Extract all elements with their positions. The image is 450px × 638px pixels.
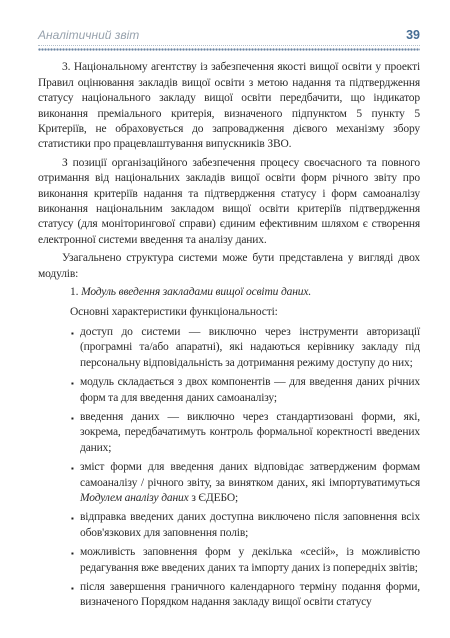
text-segment: зміст форми для введення даних відповіда… bbox=[80, 461, 420, 488]
italic-text-segment: Модуль введення закладами вищої освіти д… bbox=[81, 286, 311, 298]
text-segment: відправка введених даних доступна виключ… bbox=[80, 511, 420, 538]
document-page: Аналітичний звіт 39 3. Національному аге… bbox=[0, 0, 450, 638]
bullet-text: можливість заповнення форм у декілька «с… bbox=[80, 546, 420, 573]
bullet-square-icon: ▪ bbox=[71, 461, 74, 476]
bullet-square-icon: ▪ bbox=[71, 326, 74, 341]
bullet-text: доступ до системи — виключно через інстр… bbox=[80, 326, 420, 369]
bullet-list-item: ▪введення даних — виключно через стандар… bbox=[38, 410, 420, 456]
running-header-title: Аналітичний звіт bbox=[38, 28, 139, 43]
text-segment: можливість заповнення форм у декілька «с… bbox=[80, 546, 420, 573]
text-segment: Основні характеристики функціональності: bbox=[70, 306, 278, 318]
bullet-square-icon: ▪ bbox=[71, 376, 74, 391]
text-segment: Узагальнено структура системи може бути … bbox=[38, 252, 420, 279]
bullet-square-icon: ▪ bbox=[71, 511, 74, 526]
bullet-list-item: ▪відправка введених даних доступна виклю… bbox=[38, 510, 420, 541]
bullet-list-item: ▪зміст форми для введення даних відповід… bbox=[38, 460, 420, 506]
paragraph: Узагальнено структура системи може бути … bbox=[38, 251, 420, 282]
bullet-text: модуль складається з двох компонентів — … bbox=[80, 376, 420, 403]
header-divider-dotted-rule bbox=[38, 48, 420, 51]
text-segment: після завершення граничного календарного… bbox=[80, 581, 420, 608]
text-segment: введення даних — виключно через стандарт… bbox=[80, 411, 420, 454]
bullet-list-item: ▪модуль складається з двох компонентів —… bbox=[38, 375, 420, 406]
bullet-square-icon: ▪ bbox=[71, 581, 74, 596]
bullet-text: після завершення граничного календарного… bbox=[80, 581, 420, 608]
text-segment: доступ до системи — виключно через інстр… bbox=[80, 326, 420, 369]
subheading: Основні характеристики функціональності: bbox=[70, 305, 420, 320]
bullet-list-item: ▪після завершення граничного календарног… bbox=[38, 580, 420, 611]
text-segment: З позиції організаційного забезпечення п… bbox=[38, 157, 420, 246]
text-segment: 3. Національному агентству із забезпечен… bbox=[38, 61, 420, 150]
bullet-square-icon: ▪ bbox=[71, 546, 74, 561]
bullet-text: відправка введених даних доступна виключ… bbox=[80, 511, 420, 538]
bullet-square-icon: ▪ bbox=[71, 411, 74, 426]
paragraph: З позиції організаційного забезпечення п… bbox=[38, 156, 420, 248]
bullet-text: зміст форми для введення даних відповіда… bbox=[80, 461, 420, 504]
bullet-text: введення даних — виключно через стандарт… bbox=[80, 411, 420, 454]
text-segment: 1. bbox=[70, 286, 81, 298]
paragraph: 3. Національному агентству із забезпечен… bbox=[38, 60, 420, 152]
bullet-list-item: ▪можливість заповнення форм у декілька «… bbox=[38, 545, 420, 576]
text-segment: з ЄДЕБО; bbox=[189, 492, 238, 504]
bullet-list-item: ▪доступ до системи — виключно через інст… bbox=[38, 325, 420, 371]
document-body: 3. Національному агентству із забезпечен… bbox=[38, 60, 420, 610]
italic-text-segment: Модулем аналізу даних bbox=[80, 492, 189, 504]
page-header: Аналітичний звіт 39 bbox=[38, 28, 420, 46]
text-segment: модуль складається з двох компонентів — … bbox=[80, 376, 420, 403]
module-heading: 1. Модуль введення закладами вищої освіт… bbox=[70, 285, 420, 300]
page-number: 39 bbox=[406, 28, 420, 43]
